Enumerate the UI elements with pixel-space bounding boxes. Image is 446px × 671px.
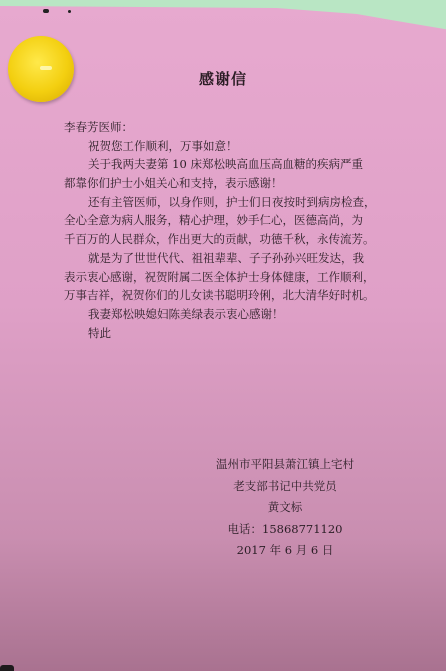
paragraph-line: 千百万的人民群众，作出更大的贡献，功德千秋，永传流芳。 bbox=[64, 230, 384, 249]
signature-position: 老支部书记中共党员 bbox=[190, 476, 380, 498]
paragraph-line: 关于我两夫妻第 10 床郑松映高血压高血糖的疾病严重 bbox=[64, 155, 384, 174]
paragraph-line: 都靠你们护士小姐关心和支持，表示感谢！ bbox=[64, 174, 384, 193]
letter-title: 感谢信 bbox=[0, 68, 446, 89]
paragraph-line: 就是为了世世代代、祖祖辈辈、子子孙孙兴旺发达，我 bbox=[64, 249, 384, 268]
paragraph-line: 表示衷心感谢，祝贺附属二医全体护士身体健康，工作顺利， bbox=[64, 268, 384, 287]
paragraph-line: 万事吉祥，祝贺你们的儿女读书聪明玲俐，北大清华好时机。 bbox=[64, 286, 384, 305]
paragraph-line: 还有主管医师，以身作则，护士们日夜按时到病房检查， bbox=[64, 193, 384, 212]
paragraph-line: 祝贺您工作顺利，万事如意！ bbox=[64, 137, 384, 156]
signature-block: 温州市平阳县萧江镇上宅村 老支部书记中共党员 黄文标 电话：1586877112… bbox=[190, 454, 380, 562]
salutation: 李春芳医师： bbox=[64, 118, 384, 137]
closing-line: 特此 bbox=[64, 324, 384, 343]
board-edge-mark bbox=[0, 665, 14, 671]
signature-name: 黄文标 bbox=[190, 497, 380, 519]
signature-date: 2017 年 6 月 6 日 bbox=[190, 540, 380, 562]
marker-dot bbox=[68, 10, 71, 13]
paragraph-line: 我妻郑松映媳妇陈美绿表示衷心感谢！ bbox=[64, 305, 384, 324]
signature-address: 温州市平阳县萧江镇上宅村 bbox=[190, 454, 380, 476]
marker-dot bbox=[43, 9, 49, 13]
signature-phone: 电话：15868771120 bbox=[190, 519, 380, 541]
letter-body: 李春芳医师： 祝贺您工作顺利，万事如意！ 关于我两夫妻第 10 床郑松映高血压高… bbox=[64, 118, 384, 342]
paragraph-line: 全心全意为病人服务，精心护理，妙手仁心，医德高尚，为 bbox=[64, 211, 384, 230]
